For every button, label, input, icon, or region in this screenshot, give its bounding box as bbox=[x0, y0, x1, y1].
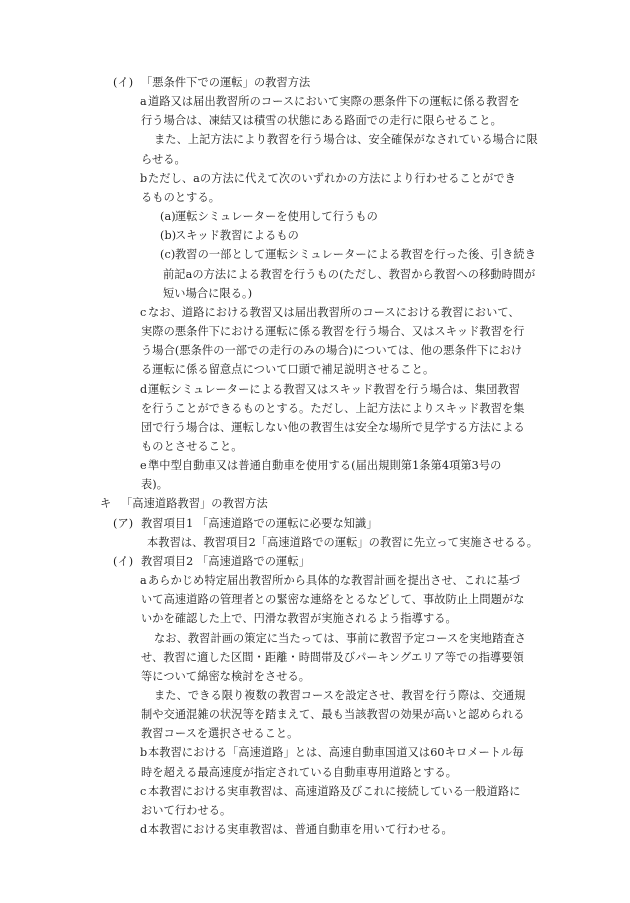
paragraph: (ア)教習項目1 「高速道路での運転に必要な知識」 bbox=[0, 514, 630, 533]
paragraph-text: ただし、aの方法に代えて次のいずれかの方法により行わせることができるものとする。 bbox=[141, 172, 516, 204]
paragraph-text: 本教習における実車教習は、普通自動車を用いて行わせる。 bbox=[148, 823, 453, 836]
paragraph: キ「高速道路教習」の教習方法 bbox=[0, 494, 630, 513]
paragraph-text: また、できる限り複数の教習コースを設定させ、教習を行う際は、交通規制や交通混雑の… bbox=[141, 689, 526, 740]
paragraph-text: 本教習は、教習項目2「高速道路での運転」の教習に先立って実施させるる。 bbox=[147, 536, 538, 549]
paragraph: また、できる限り複数の教習コースを設定させ、教習を行う際は、交通規制や交通混雑の… bbox=[0, 686, 630, 743]
list-marker: (イ) bbox=[113, 73, 133, 92]
paragraph-text: 教習の一部として運転シミュレーターによる教習を行った後、引き続き前記aの方法によ… bbox=[163, 248, 536, 299]
paragraph-text: 「高速道路教習」の教習方法 bbox=[121, 497, 268, 510]
list-marker: c bbox=[133, 303, 146, 322]
paragraph: a道路又は届出教習所のコースにおいて実際の悪条件下の運転に係る教習を行う場合は、… bbox=[0, 92, 630, 130]
paragraph-text: なお、教習計画の策定に当たっては、事前に教習予定コースを実地踏査させ、教習に適し… bbox=[141, 632, 526, 683]
paragraph: d運転シミュレーターによる教習又はスキッド教習を行う場合は、集団教習を行うことが… bbox=[0, 380, 630, 457]
paragraph-text: 教習項目2 「高速道路での運転」 bbox=[141, 555, 310, 568]
paragraph: e準中型自動車又は普通自動車を使用する(届出規則第1条第4項第3号の表)。 bbox=[0, 456, 630, 494]
paragraph: (b)スキッド教習によるもの bbox=[0, 226, 630, 245]
paragraph: (c)教習の一部として運転シミュレーターによる教習を行った後、引き続き前記aの方… bbox=[0, 245, 630, 302]
paragraph-text: 運転シミュレーターを使用して行うもの bbox=[175, 210, 378, 223]
paragraph-text: あらかじめ特定届出教習所から具体的な教習計画を提出させ、これに基づいて高速道路の… bbox=[141, 574, 525, 625]
list-marker: c bbox=[133, 782, 146, 801]
paragraph: b本教習における「高速道路」とは、高速自動車国道又は60キロメートル毎時を超える… bbox=[0, 743, 630, 781]
paragraph-text: なお、道路における教習又は届出教習所のコースにおける教習において、実際の悪条件下… bbox=[141, 306, 525, 376]
paragraph: また、上記方法により教習を行う場合は、安全確保がなされている場合に限らせる。 bbox=[0, 130, 630, 168]
list-marker: b bbox=[133, 169, 147, 188]
paragraph-text: 道路又は届出教習所のコースにおいて実際の悪条件下の運転に係る教習を行う場合は、凍… bbox=[141, 95, 520, 127]
paragraph: bただし、aの方法に代えて次のいずれかの方法により行わせることができるものとする… bbox=[0, 169, 630, 207]
list-marker: (ア) bbox=[113, 514, 133, 533]
paragraph-text: 本教習における「高速道路」とは、高速自動車国道又は60キロメートル毎時を超える最… bbox=[141, 746, 524, 778]
paragraph-text: 本教習における実車教習は、高速道路及びこれに接続している一般道路において行わせる… bbox=[141, 785, 521, 817]
list-marker: a bbox=[133, 571, 147, 590]
paragraph-text: 準中型自動車又は普通自動車を使用する(届出規則第1条第4項第3号の表)。 bbox=[141, 459, 501, 491]
paragraph-text: 「悪条件下での運転」の教習方法 bbox=[141, 76, 310, 89]
paragraph: d本教習における実車教習は、普通自動車を用いて行わせる。 bbox=[0, 820, 630, 839]
list-marker: b bbox=[133, 743, 147, 762]
document-body: (イ)「悪条件下での運転」の教習方法a道路又は届出教習所のコースにおいて実際の悪… bbox=[0, 73, 630, 839]
list-marker: d bbox=[133, 820, 147, 839]
paragraph: (イ)「悪条件下での運転」の教習方法 bbox=[0, 73, 630, 92]
list-marker: (a) bbox=[148, 207, 176, 226]
paragraph-text: 教習項目1 「高速道路での運転に必要な知識」 bbox=[141, 517, 378, 530]
paragraph: (イ)教習項目2 「高速道路での運転」 bbox=[0, 552, 630, 571]
paragraph: aあらかじめ特定届出教習所から具体的な教習計画を提出させ、これに基づいて高速道路… bbox=[0, 571, 630, 628]
paragraph: なお、教習計画の策定に当たっては、事前に教習予定コースを実地踏査させ、教習に適し… bbox=[0, 629, 630, 686]
paragraph: (a)運転シミュレーターを使用して行うもの bbox=[0, 207, 630, 226]
list-marker: (c) bbox=[148, 245, 175, 264]
list-marker: e bbox=[133, 456, 147, 475]
paragraph: c本教習における実車教習は、高速道路及びこれに接続している一般道路において行わせ… bbox=[0, 782, 630, 820]
paragraph-text: スキッド教習によるもの bbox=[175, 229, 299, 242]
list-marker: (イ) bbox=[113, 552, 133, 571]
paragraph-text: 運転シミュレーターによる教習又はスキッド教習を行う場合は、集団教習を行うことがで… bbox=[141, 383, 525, 453]
document-page: (イ)「悪条件下での運転」の教習方法a道路又は届出教習所のコースにおいて実際の悪… bbox=[0, 0, 630, 903]
list-marker: (b) bbox=[148, 226, 176, 245]
paragraph: cなお、道路における教習又は届出教習所のコースにおける教習において、実際の悪条件… bbox=[0, 303, 630, 380]
list-marker: d bbox=[133, 380, 147, 399]
list-marker: a bbox=[133, 92, 147, 111]
list-marker: キ bbox=[100, 494, 111, 513]
paragraph: 本教習は、教習項目2「高速道路での運転」の教習に先立って実施させるる。 bbox=[0, 533, 630, 552]
paragraph-text: また、上記方法により教習を行う場合は、安全確保がなされている場合に限らせる。 bbox=[141, 133, 538, 165]
